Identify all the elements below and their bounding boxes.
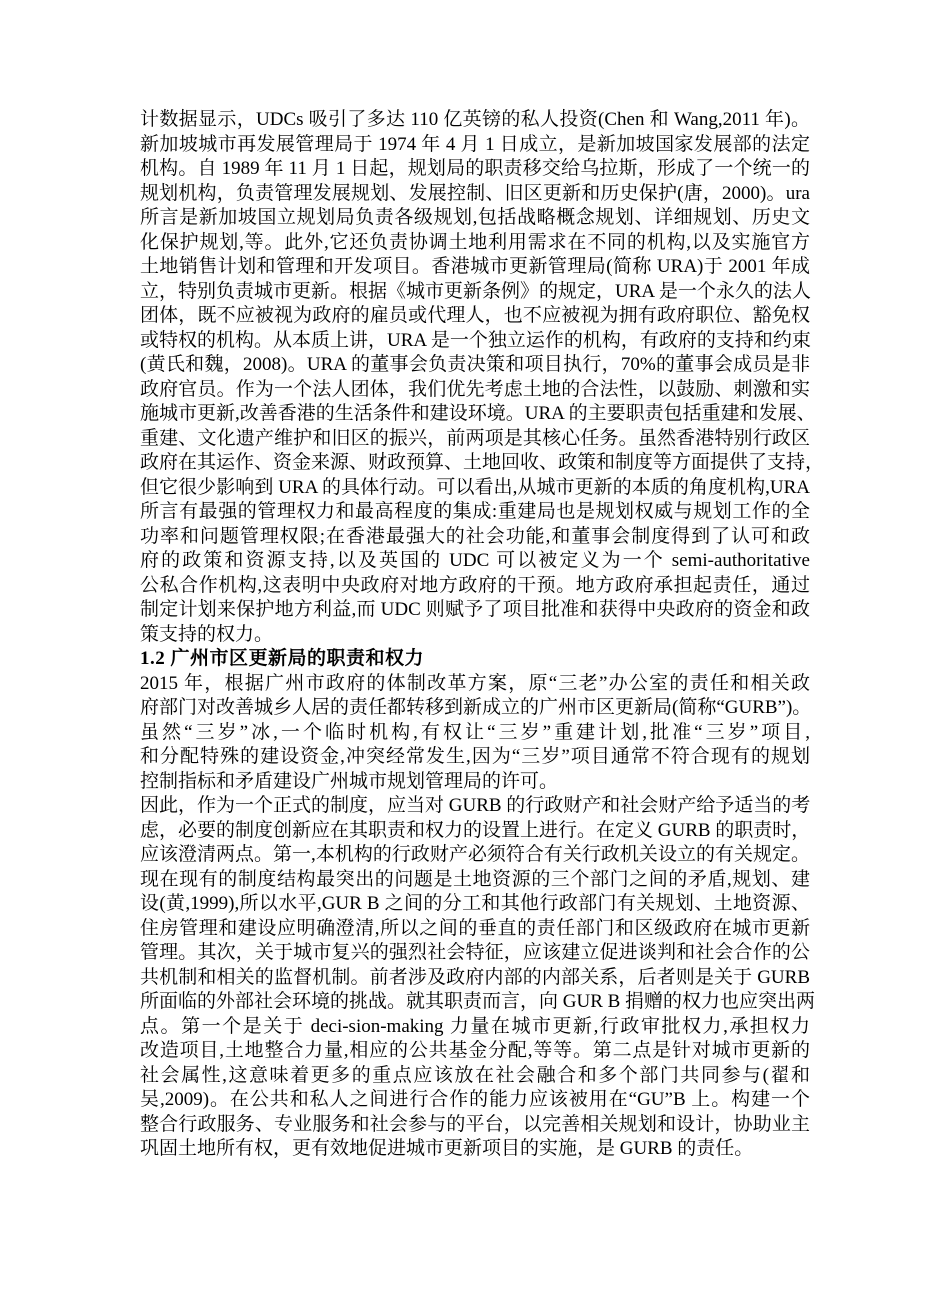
text-line: 虑，必要的制度创新应在其职责和权力的设置上进行。在定义 GURB 的职责时， — [140, 819, 810, 844]
text-line: 点。第一个是关于 deci-sion-making 力量在城市更新,行政审批权力… — [140, 1015, 810, 1040]
text-line: 管理。其次，关于城市复兴的强烈社会特征，应该建立促进谈判和社会合作的公 — [140, 941, 810, 966]
text-line: 新加坡城市再发展管理局于 1974 年 4 月 1 日成立，是新加坡国家发展部的… — [140, 133, 810, 158]
text-line: 化保护规划,等。此外,它还负责协调土地利用需求在不同的机构,以及实施官方 — [140, 231, 810, 256]
text-line: 控制指标和矛盾建设广州城市规划管理局的许可。 — [140, 770, 810, 795]
text-line: 府部门对改善城乡人居的责任都转移到新成立的广州市区更新局(简称“GURB”)。 — [140, 696, 810, 721]
text-line: 和分配特殊的建设资金,冲突经常发生,因为“三岁”项目通常不符合现有的规划 — [140, 745, 810, 770]
text-line: 策支持的权力。 — [140, 623, 810, 648]
text-line: 府的政策和资源支持,以及英国的 UDC 可以被定义为一个 semi-author… — [140, 549, 810, 574]
text-line: 计数据显示，UDCs 吸引了多达 110 亿英镑的私人投资(Chen 和 Wan… — [140, 108, 810, 133]
text-line: 团体，既不应被视为政府的雇员或代理人，也不应被视为拥有政府职位、豁免权 — [140, 304, 810, 329]
text-line: 社会属性,这意味着更多的重点应该放在社会融合和多个部门共同参与(翟和 — [140, 1064, 810, 1089]
text-line: 但它很少影响到 URA 的具体行动。可以看出,从城市更新的本质的角度机构,URA — [140, 476, 810, 501]
text-line: 住房管理和建设应明确澄清,所以之间的垂直的责任部门和区级政府在城市更新 — [140, 917, 810, 942]
text-line: 整合行政服务、专业服务和社会参与的平台，以完善相关规划和设计，协助业主 — [140, 1113, 810, 1138]
text-line: 土地销售计划和管理和开发项目。香港城市更新管理局(简称 URA)于 2001 年… — [140, 255, 810, 280]
text-line: 或特权的机构。从本质上讲，URA 是一个独立运作的机构，有政府的支持和约束 — [140, 329, 810, 354]
text-line: 所言是新加坡国立规划局负责各级规划,包括战略概念规划、详细规划、历史文 — [140, 206, 810, 231]
text-line: 共机制和相关的监督机制。前者涉及政府内部的内部关系，后者则是关于 GURB — [140, 966, 810, 991]
text-line: 制定计划来保护地方利益,而 UDC 则赋予了项目批准和获得中央政府的资金和政 — [140, 598, 810, 623]
text-line: 所言有最强的管理权力和最高程度的集成:重建局也是规划权威与规划工作的全 — [140, 500, 810, 525]
text-line: 设(黄,1999),所以水平,GUR B 之间的分工和其他行政部门有关规划、土地… — [140, 892, 810, 917]
text-line: 政府官员。作为一个法人团体，我们优先考虑土地的合法性，以鼓励、刺激和实 — [140, 378, 810, 403]
text-line: 功率和问题管理权限;在香港最强大的社会功能,和董事会制度得到了认可和政 — [140, 525, 810, 550]
text-line: 应该澄清两点。第一,本机构的行政财产必须符合有关行政机关设立的有关规定。 — [140, 843, 810, 868]
text-line: (黄氏和魏，2008)。URA 的董事会负责决策和项目执行，70%的董事会成员是… — [140, 353, 810, 378]
text-line: 改造项目,土地整合力量,相应的公共基金分配,等等。第二点是针对城市更新的 — [140, 1039, 810, 1064]
text-line: 公私合作机构,这表明中央政府对地方政府的干预。地方政府承担起责任，通过 — [140, 574, 810, 599]
text-line: 因此，作为一个正式的制度，应当对 GURB 的行政财产和社会财产给予适当的考 — [140, 794, 810, 819]
text-line: 机构。自 1989 年 11 月 1 日起，规划局的职责移交给乌拉斯，形成了一个… — [140, 157, 810, 182]
text-line: 虽然“三岁”冰,一个临时机构,有权让“三岁”重建计划,批准“三岁”项目, — [140, 721, 810, 746]
document-body: 计数据显示，UDCs 吸引了多达 110 亿英镑的私人投资(Chen 和 Wan… — [140, 108, 810, 1162]
text-line: 现在现有的制度结构最突出的问题是土地资源的三个部门之间的矛盾,规划、建 — [140, 868, 810, 893]
document-page: 计数据显示，UDCs 吸引了多达 110 亿英镑的私人投资(Chen 和 Wan… — [0, 0, 926, 1309]
text-line: 政府在其运作、资金来源、财政预算、土地回收、政策和制度等方面提供了支持， — [140, 451, 810, 476]
text-line: 巩固土地所有权，更有效地促进城市更新项目的实施，是 GURB 的责任。 — [140, 1137, 810, 1162]
text-line: 施城市更新,改善香港的生活条件和建设环境。URA 的主要职责包括重建和发展、 — [140, 402, 810, 427]
text-line: 立，特别负责城市更新。根据《城市更新条例》的规定，URA 是一个永久的法人 — [140, 280, 810, 305]
text-line: 重建、文化遗产维护和旧区的振兴，前两项是其核心任务。虽然香港特别行政区 — [140, 427, 810, 452]
text-line: 所面临的外部社会环境的挑战。就其职责而言，向 GUR B 捐赠的权力也应突出两 — [140, 990, 810, 1015]
section-heading: 1.2 广州市区更新局的职责和权力 — [140, 647, 810, 672]
text-line: 规划机构，负责管理发展规划、发展控制、旧区更新和历史保护(唐，2000)。ura — [140, 182, 810, 207]
text-line: 2015 年，根据广州市政府的体制改革方案，原“三老”办公室的责任和相关政 — [140, 672, 810, 697]
text-line: 吴,2009)。在公共和私人之间进行合作的能力应该被用在“GU”B 上。构建一个 — [140, 1088, 810, 1113]
